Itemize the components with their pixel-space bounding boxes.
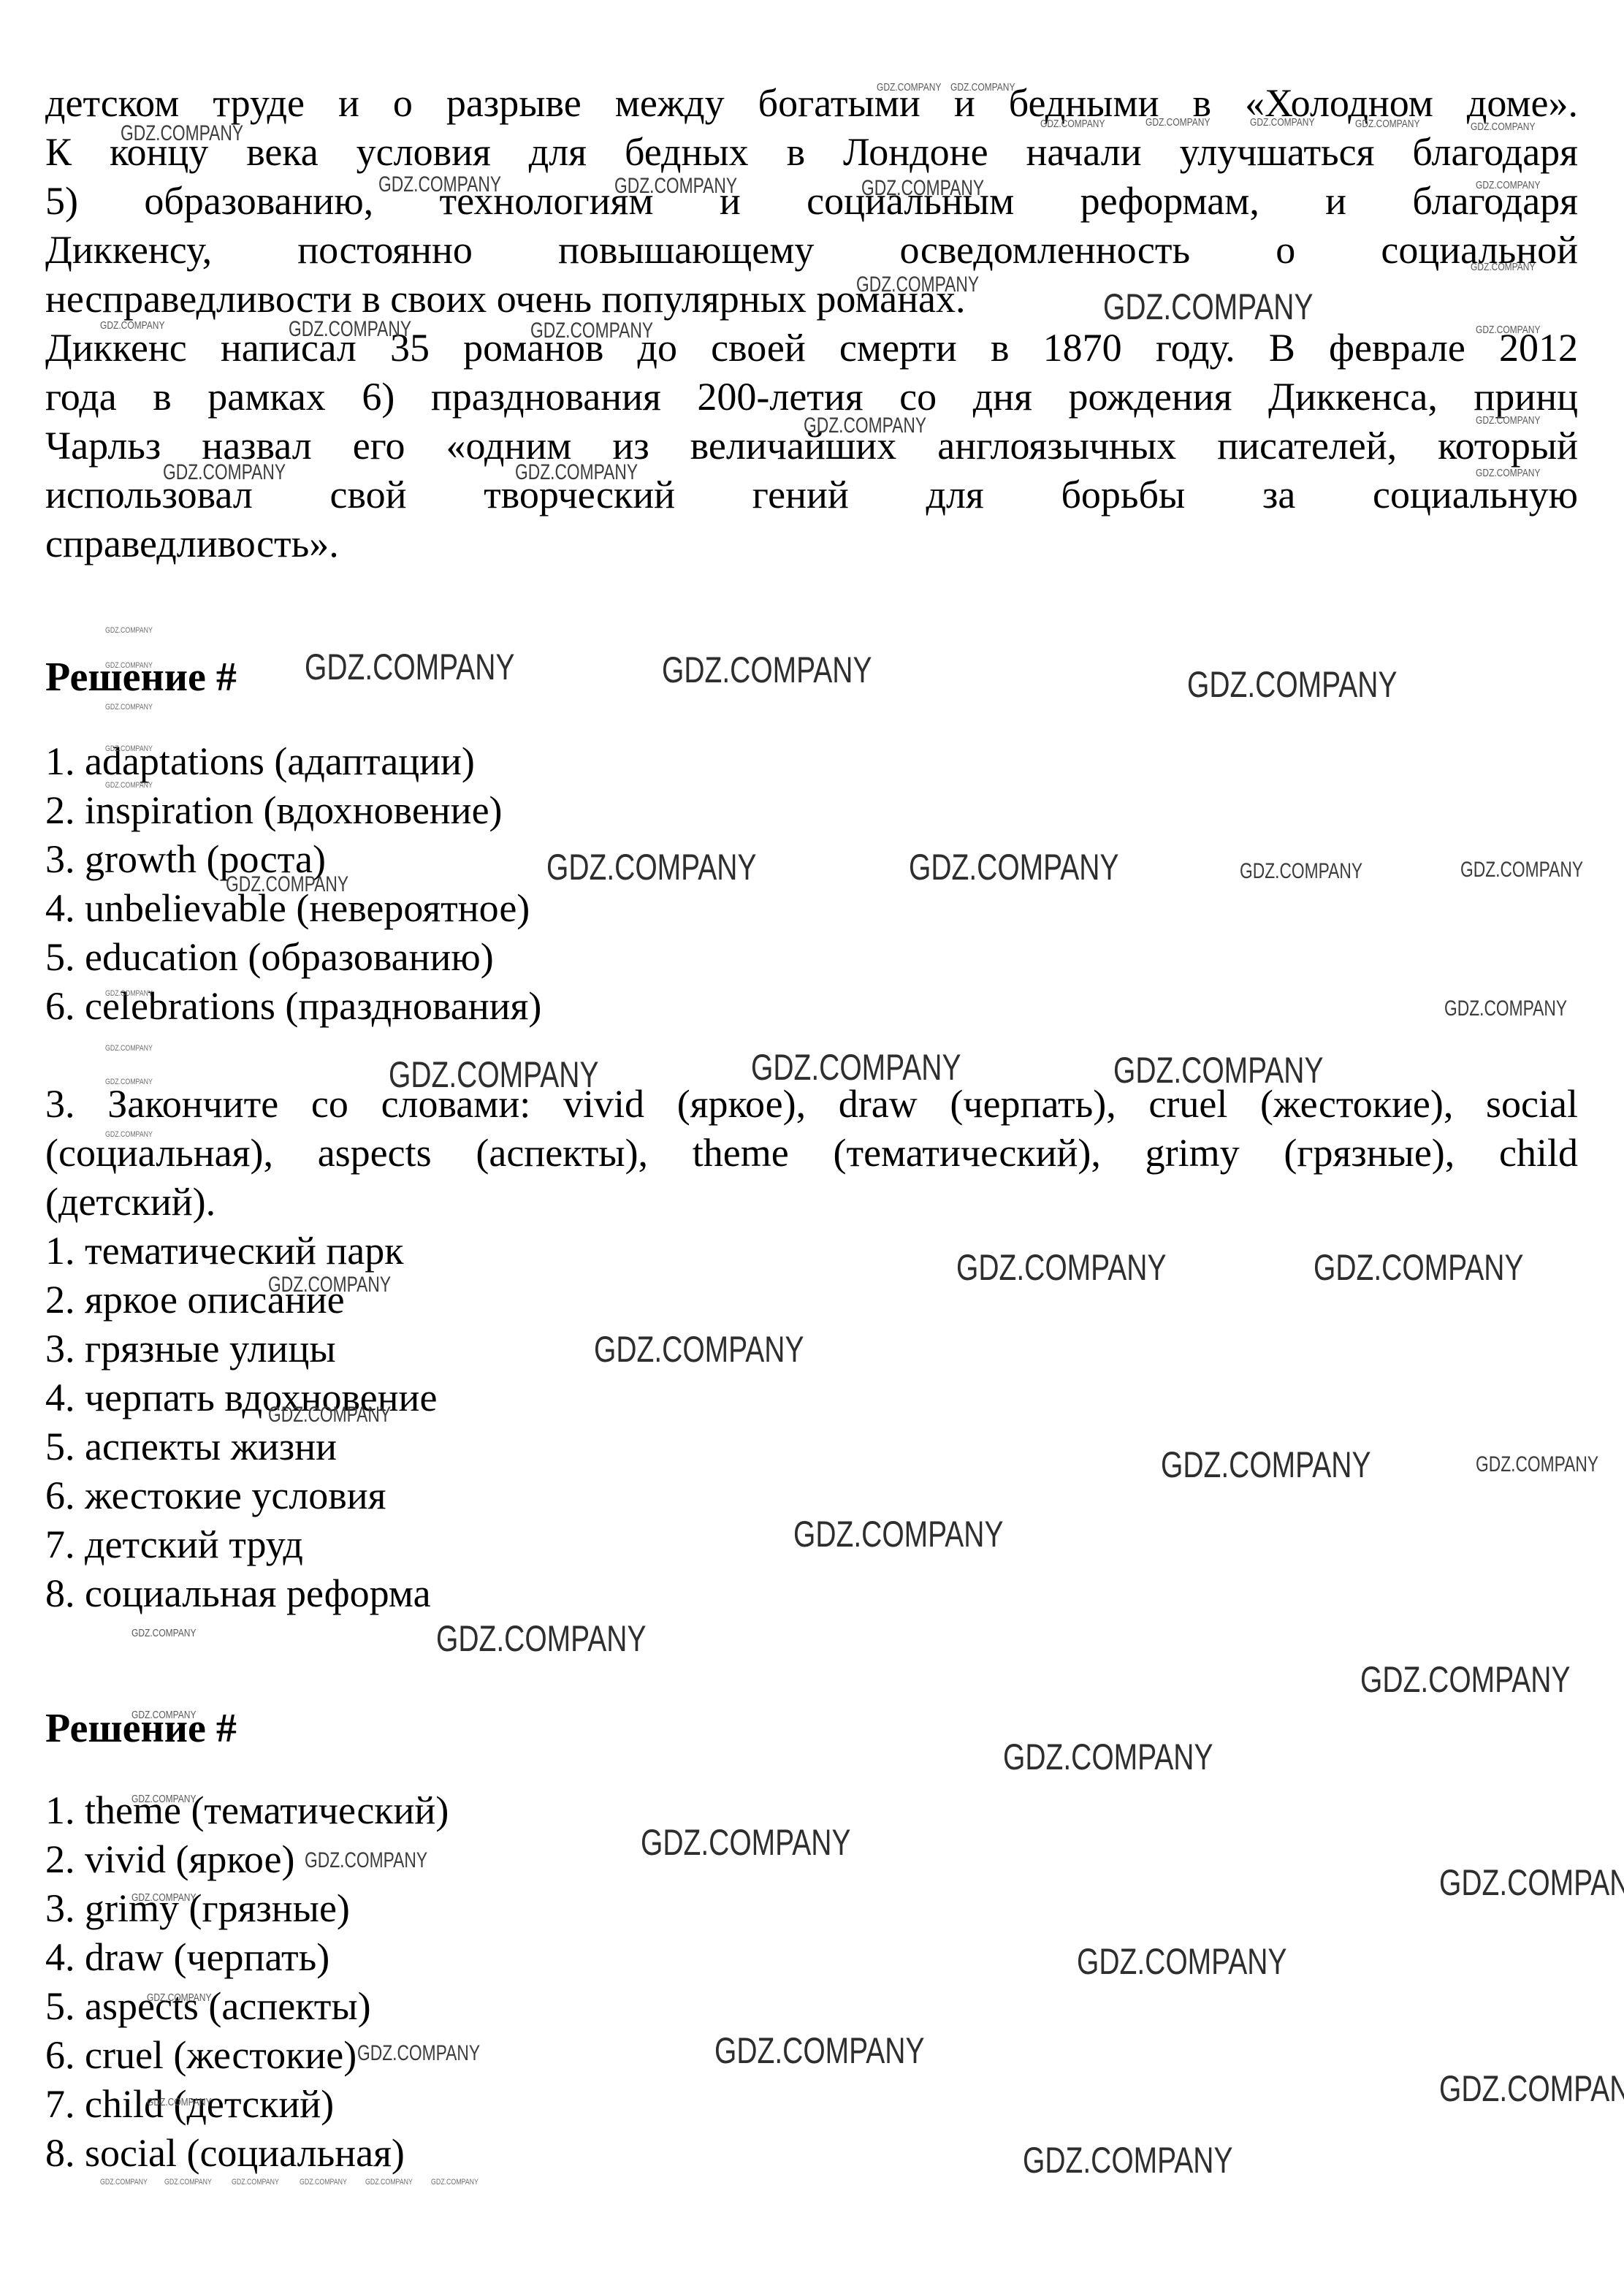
paragraph-line: Диккенс написал 35 романов до своей смер… (45, 324, 1578, 373)
gdz-watermark: GDZ.COMPANY (232, 2178, 279, 2187)
list-item: 1. тематический парк (45, 1227, 1578, 1276)
gdz-watermark: GDZ.COMPANY (365, 2178, 413, 2187)
paragraph-line: Диккенсу, постоянно повышающему осведомл… (45, 226, 1578, 275)
paragraph-line: 3. Закончите со словами: vivid (яркое), … (45, 1080, 1578, 1129)
list-item: 1. theme (тематический) (45, 1786, 1578, 1835)
list-item: 8. социальная реформа (45, 1569, 1578, 1618)
paragraph-line: (социальная), aspects (аспекты), theme (… (45, 1129, 1578, 1178)
paragraph-2: Диккенс написал 35 романов до своей смер… (45, 324, 1578, 568)
list-item: 6. жестокие условия (45, 1471, 1578, 1520)
gdz-watermark: GDZ.COMPANY (300, 2178, 347, 2187)
task-3-list: 1. тематический парк 2. яркое описание 3… (45, 1227, 1578, 1618)
list-item: 4. unbelievable (невероятное) (45, 884, 1578, 933)
list-item: 3. growth (роста) (45, 835, 1578, 884)
list-item: 7. child (детский) (45, 2080, 1578, 2129)
list-item: 5. aspects (аспекты) (45, 1982, 1578, 2031)
paragraph-line: детском труде и о разрыве между богатыми… (45, 79, 1578, 128)
paragraph-line: 5) образованию, технологиям и социальным… (45, 177, 1578, 226)
list-item: 5. education (образованию) (45, 933, 1578, 982)
document-page: детском труде и о разрыве между богатыми… (0, 0, 1624, 2272)
paragraph-line: справедливость». (45, 519, 1578, 568)
list-item: 3. grimy (грязные) (45, 1884, 1578, 1933)
list-item: 1. adaptations (адаптации) (45, 737, 1578, 786)
list-item: 6. celebrations (празднования) (45, 982, 1578, 1031)
list-item: 5. аспекты жизни (45, 1422, 1578, 1471)
list-item: 6. cruel (жестокие) (45, 2031, 1578, 2080)
solution-list-2: 1. theme (тематический) 2. vivid (яркое)… (45, 1786, 1578, 2178)
list-item: 4. черпать вдохновение (45, 1373, 1578, 1422)
paragraph-line: использовал свой творческий гений для бо… (45, 470, 1578, 519)
solution-heading-2: Решение # (45, 1704, 1578, 1753)
document-content: детском труде и о разрыве между богатыми… (45, 79, 1578, 2178)
gdz-watermark: GDZ.COMPANY (431, 2178, 479, 2187)
list-item: 2. vivid (яркое) (45, 1835, 1578, 1884)
paragraph-line: Чарльз назвал его «одним из величайших а… (45, 422, 1578, 470)
gdz-watermark: GDZ.COMPANY (100, 2178, 148, 2187)
paragraph-line: К концу века условия для бедных в Лондон… (45, 128, 1578, 177)
paragraph-line: несправедливости в своих очень популярны… (45, 275, 1578, 324)
solution-list-1: 1. adaptations (адаптации) 2. inspiratio… (45, 737, 1578, 1031)
paragraph-1: детском труде и о разрыве между богатыми… (45, 79, 1578, 324)
list-item: 2. яркое описание (45, 1276, 1578, 1324)
paragraph-line: года в рамках 6) празднования 200-летия … (45, 373, 1578, 422)
solution-heading-1: Решение # (45, 653, 1578, 702)
list-item: 7. детский труд (45, 1520, 1578, 1569)
paragraph-line: (детский). (45, 1178, 1578, 1227)
list-item: 3. грязные улицы (45, 1324, 1578, 1373)
list-item: 2. inspiration (вдохновение) (45, 786, 1578, 835)
list-item: 8. social (социальная) (45, 2129, 1578, 2178)
list-item: 4. draw (черпать) (45, 1933, 1578, 1982)
gdz-watermark: GDZ.COMPANY (164, 2178, 212, 2187)
task-3-paragraph: 3. Закончите со словами: vivid (яркое), … (45, 1080, 1578, 1227)
